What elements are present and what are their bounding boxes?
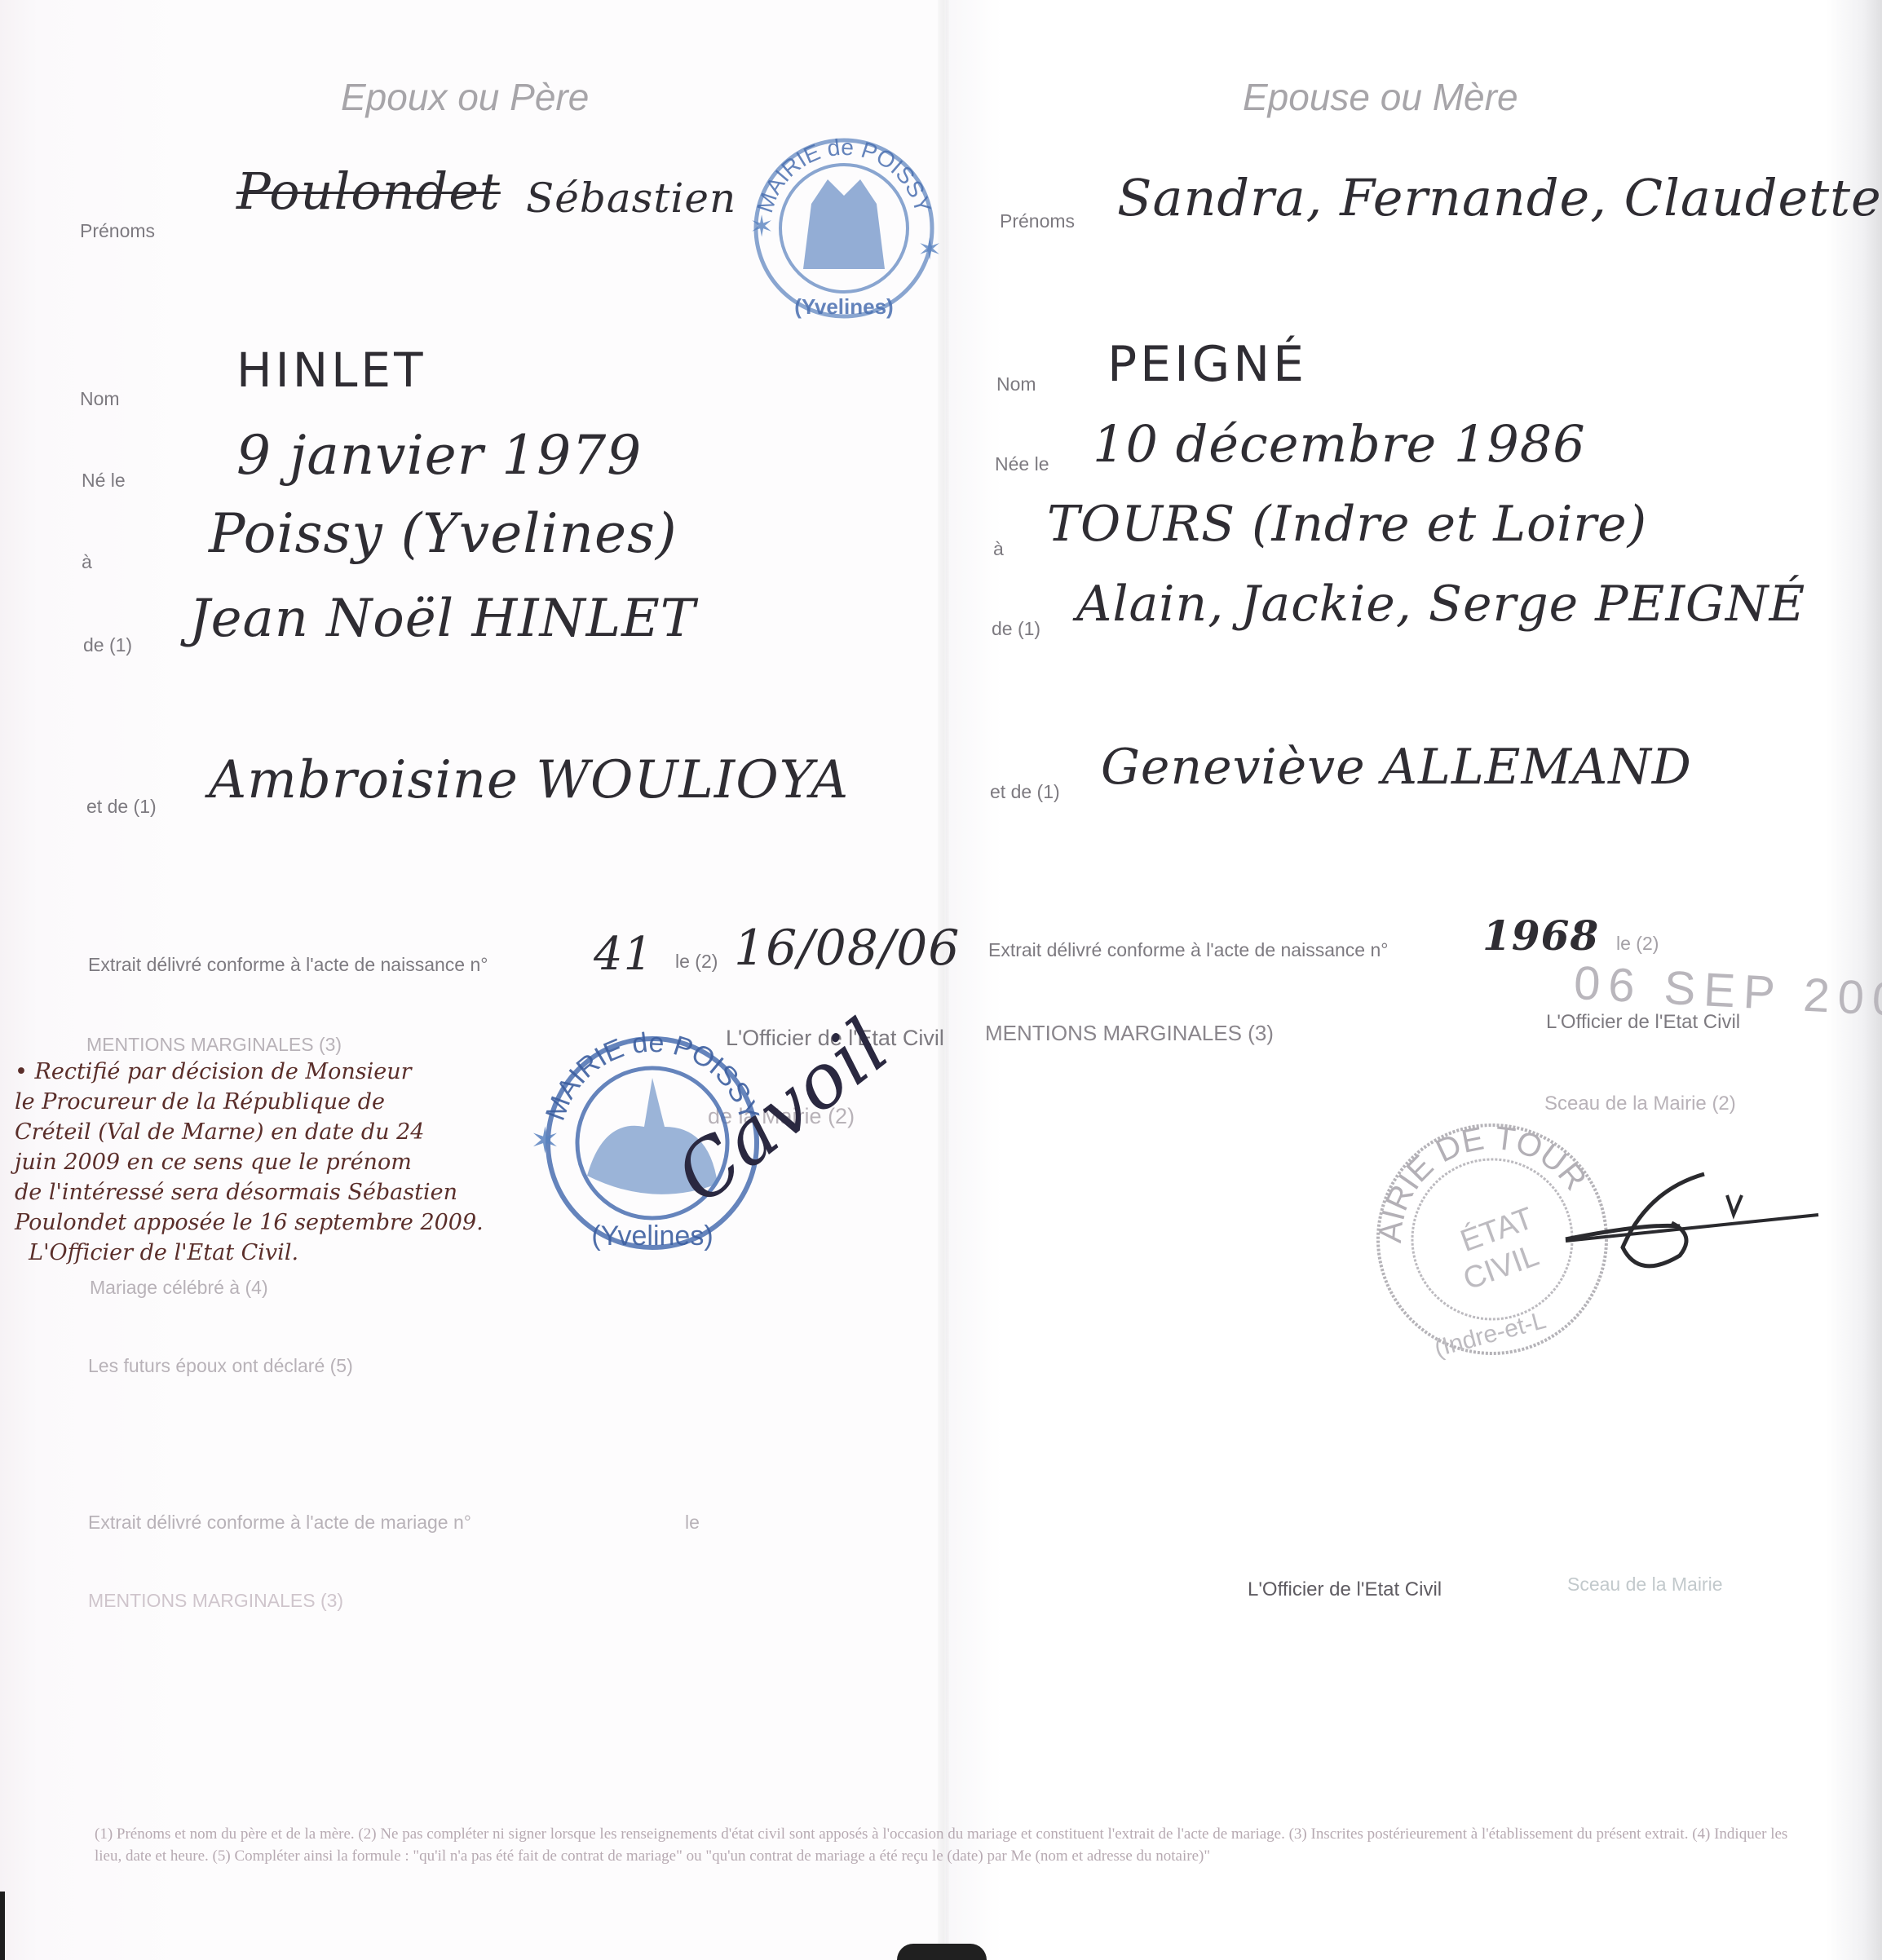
value-a-2: TOURS (Indre et Loire) xyxy=(1047,496,1647,553)
value-et-de-2: Geneviève ALLEMAND xyxy=(1101,739,1692,796)
label-ne-le: Né le xyxy=(82,470,126,492)
label-extrait-naissance: Extrait délivré conforme à l'acte de nai… xyxy=(88,954,488,976)
label-a: à xyxy=(82,551,92,573)
label-extrait-mariage: Extrait délivré conforme à l'acte de mar… xyxy=(88,1512,471,1534)
label-le-2: le (2) xyxy=(1616,933,1659,955)
label-officier-2: L'Officier de l'Etat Civil xyxy=(1546,1011,1740,1034)
value-ne-le: 9 janvier 1979 xyxy=(236,424,642,487)
value-acte-naissance-no: 41 xyxy=(594,928,653,981)
label-et-de-2: et de (1) xyxy=(990,781,1060,803)
value-prenoms: Sébastien xyxy=(526,174,736,222)
label-officier-3: L'Officier de l'Etat Civil xyxy=(1248,1578,1442,1601)
label-nom-2: Nom xyxy=(996,373,1036,395)
label-mentions-marginales: MENTIONS MARGINALES (3) xyxy=(86,1034,342,1056)
label-le: le (2) xyxy=(675,951,718,973)
value-prenoms-2: Sandra, Fernande, Claudette xyxy=(1117,168,1882,227)
label-mentions-marginales-2: MENTIONS MARGINALES (3) xyxy=(88,1590,343,1612)
svg-text:(Yvelines): (Yvelines) xyxy=(794,294,893,319)
value-nom-2: PEIGNÉ xyxy=(1107,336,1307,393)
svg-text:✶: ✶ xyxy=(749,210,774,243)
value-nee-le: 10 décembre 1986 xyxy=(1093,414,1586,474)
svg-text:(Yvelines): (Yvelines) xyxy=(591,1221,713,1251)
label-mentions-marginales-right: MENTIONS MARGINALES (3) xyxy=(985,1021,1274,1046)
label-prenoms-2: Prénoms xyxy=(1000,210,1075,232)
value-nom: HINLET xyxy=(236,342,426,398)
label-de-2: de (1) xyxy=(992,618,1040,640)
label-nom: Nom xyxy=(80,388,120,410)
left-edge-shadow xyxy=(0,1892,5,1960)
label-sceau-2: Sceau de la Mairie (2) xyxy=(1544,1093,1736,1115)
signature-tours-icon xyxy=(1549,1158,1827,1280)
label-et-de: et de (1) xyxy=(86,796,157,818)
value-acte-naissance-no-2: 1968 xyxy=(1482,912,1599,960)
label-mariage-celebre: Mariage célébré à (4) xyxy=(90,1277,268,1299)
value-a: Poissy (Yvelines) xyxy=(209,502,678,565)
label-a-2: à xyxy=(993,538,1004,560)
marginal-note: • Rectifié par décision de Monsieur le P… xyxy=(15,1057,484,1268)
label-nee-le: Née le xyxy=(995,453,1049,475)
label-futurs-epoux: Les futurs époux ont déclaré (5) xyxy=(88,1355,353,1377)
label-sceau-3: Sceau de la Mairie xyxy=(1567,1574,1723,1596)
value-prenoms-struck: Poulondet xyxy=(236,161,501,221)
mairie-poissy-stamp-icon: MAIRIE de POISSY (Yvelines) ✶ ✶ xyxy=(738,130,950,326)
heading-epouse: Epouse ou Mère xyxy=(1243,75,1518,119)
label-prenoms: Prénoms xyxy=(80,220,155,242)
value-le-date: 16/08/06 xyxy=(734,920,960,977)
value-de-2: Alain, Jackie, Serge PEIGNÉ xyxy=(1076,576,1805,633)
value-de: Jean Noël HINLET xyxy=(189,589,696,649)
svg-text:✶: ✶ xyxy=(530,1121,560,1161)
value-et-de: Ambroisine WOULIOYA xyxy=(209,750,849,810)
label-de: de (1) xyxy=(83,634,132,656)
footnote: (1) Prénoms et nom du père et de la mère… xyxy=(95,1823,1815,1867)
label-extrait-naissance-2: Extrait délivré conforme à l'acte de nai… xyxy=(988,939,1388,961)
svg-text:✶: ✶ xyxy=(917,232,942,266)
binding-shadow xyxy=(897,1944,987,1960)
label-le-mariage: le xyxy=(685,1512,700,1534)
heading-epoux: Epoux ou Père xyxy=(341,75,589,119)
